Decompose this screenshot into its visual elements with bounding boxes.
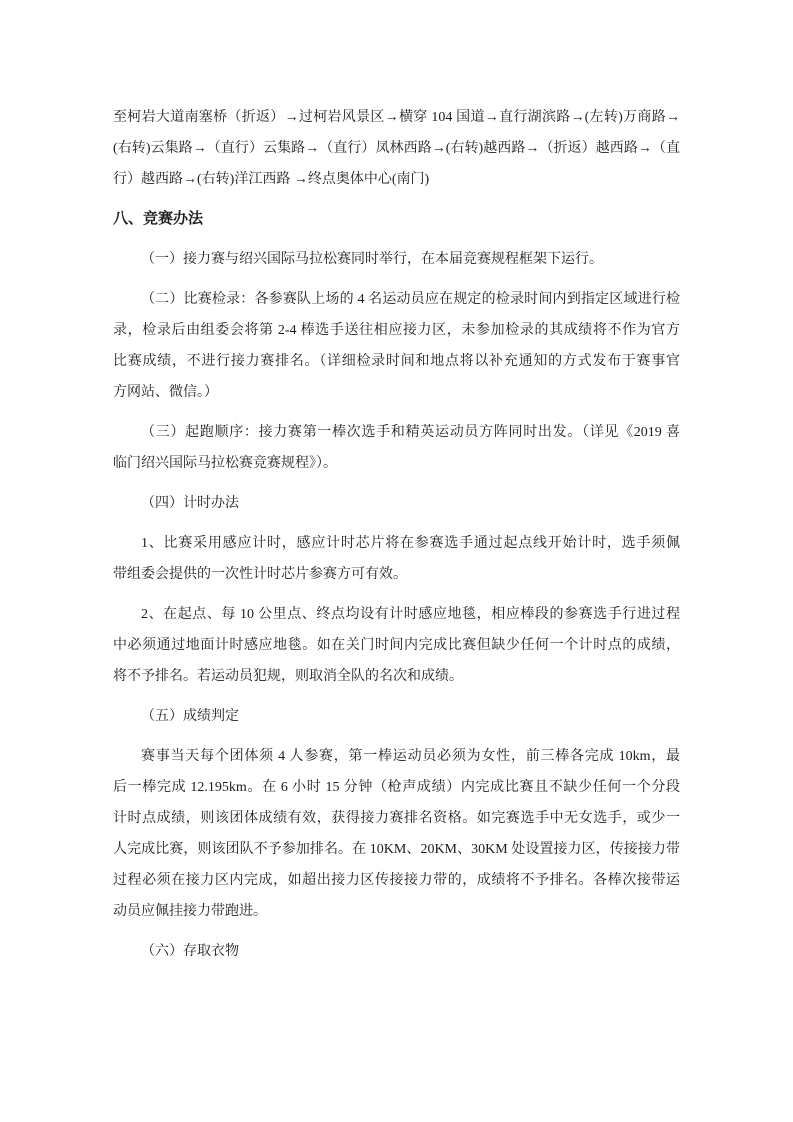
text-line: 比赛成绩，不进行接力赛排名。（详细检录时间和地点将以补充通知的方式发布于赛事官 bbox=[113, 346, 680, 377]
text-line: 计时点成绩，则该团体成绩有效，获得接力赛排名资格。如完赛选手中无女选手，或少一 bbox=[113, 803, 680, 834]
text-line: （一）接力赛与绍兴国际马拉松赛同时举行，在本届竞赛规程框架下运行。 bbox=[113, 244, 680, 275]
paragraph: 1、比赛采用感应计时，感应计时芯片将在参赛选手通过起点线开始计时，选手须佩带组委… bbox=[113, 528, 680, 590]
paragraph: 至柯岩大道南塞桥（折返）→过柯岩风景区→横穿 104 国道→直行湖滨路→(左转)… bbox=[113, 102, 680, 195]
paragraph: 2、在起点、每 10 公里点、终点均设有计时感应地毯，相应棒段的参赛选手行进过程… bbox=[113, 599, 680, 692]
paragraph: （六）存取衣物 bbox=[113, 936, 680, 967]
text-line: 2、在起点、每 10 公里点、终点均设有计时感应地毯，相应棒段的参赛选手行进过程 bbox=[113, 599, 680, 630]
text-line: 中必须通过地面计时感应地毯。如在关门时间内完成比赛但缺少任何一个计时点的成绩， bbox=[113, 630, 680, 661]
paragraph: 赛事当天每个团体须 4 人参赛，第一棒运动员必须为女性，前三棒各完成 10km，… bbox=[113, 741, 680, 927]
paragraph: （一）接力赛与绍兴国际马拉松赛同时举行，在本届竞赛规程框架下运行。 bbox=[113, 244, 680, 275]
text-line: 录，检录后由组委会将第 2-4 棒选手送往相应接力区，未参加检录的其成绩将不作为… bbox=[113, 315, 680, 346]
document-body: 至柯岩大道南塞桥（折返）→过柯岩风景区→横穿 104 国道→直行湖滨路→(左转)… bbox=[113, 102, 680, 976]
paragraph: （二）比赛检录：各参赛队上场的 4 名运动员应在规定的检录时间内到指定区域进行检… bbox=[113, 284, 680, 408]
text-line: 临门绍兴国际马拉松赛竞赛规程》）。 bbox=[113, 448, 680, 479]
paragraph: （四）计时办法 bbox=[113, 488, 680, 519]
section-heading: 八、竞赛办法 bbox=[113, 204, 680, 235]
text-line: 八、竞赛办法 bbox=[113, 204, 680, 235]
text-line: 过程必须在接力区内完成，如超出接力区传接接力带的，成绩将不予排名。各棒次接带运 bbox=[113, 865, 680, 896]
text-line: 1、比赛采用感应计时，感应计时芯片将在参赛选手通过起点线开始计时，选手须佩 bbox=[113, 528, 680, 559]
text-line: （二）比赛检录：各参赛队上场的 4 名运动员应在规定的检录时间内到指定区域进行检 bbox=[113, 284, 680, 315]
text-line: （五）成绩判定 bbox=[113, 701, 680, 732]
text-line: 带组委会提供的一次性计时芯片参赛方可有效。 bbox=[113, 559, 680, 590]
text-line: 人完成比赛，则该团队不予参加排名。在 10KM、20KM、30KM 处设置接力区… bbox=[113, 834, 680, 865]
text-line: 后一棒完成 12.195km。在 6 小时 15 分钟（枪声成绩）内完成比赛且不… bbox=[113, 772, 680, 803]
text-line: （三）起跑顺序：接力赛第一棒次选手和精英运动员方阵同时出发。（详见《2019 喜 bbox=[113, 417, 680, 448]
text-line: 赛事当天每个团体须 4 人参赛，第一棒运动员必须为女性，前三棒各完成 10km，… bbox=[113, 741, 680, 772]
text-line: （四）计时办法 bbox=[113, 488, 680, 519]
text-line: （六）存取衣物 bbox=[113, 936, 680, 967]
text-line: 至柯岩大道南塞桥（折返）→过柯岩风景区→横穿 104 国道→直行湖滨路→(左转)… bbox=[113, 102, 680, 133]
text-line: 行）越西路→(右转)洋江西路 →终点奥体中心(南门) bbox=[113, 164, 680, 195]
paragraph: （五）成绩判定 bbox=[113, 701, 680, 732]
text-line: 方网站、微信。） bbox=[113, 377, 680, 408]
text-line: 将不予排名。若运动员犯规，则取消全队的名次和成绩。 bbox=[113, 661, 680, 692]
text-line: 动员应佩挂接力带跑进。 bbox=[113, 896, 680, 927]
paragraph: （三）起跑顺序：接力赛第一棒次选手和精英运动员方阵同时出发。（详见《2019 喜… bbox=[113, 417, 680, 479]
document-page: 至柯岩大道南塞桥（折返）→过柯岩风景区→横穿 104 国道→直行湖滨路→(左转)… bbox=[0, 0, 793, 1122]
text-line: (右转)云集路→（直行）云集路→（直行）凤林西路→(右转)越西路→（折返）越西路… bbox=[113, 133, 680, 164]
